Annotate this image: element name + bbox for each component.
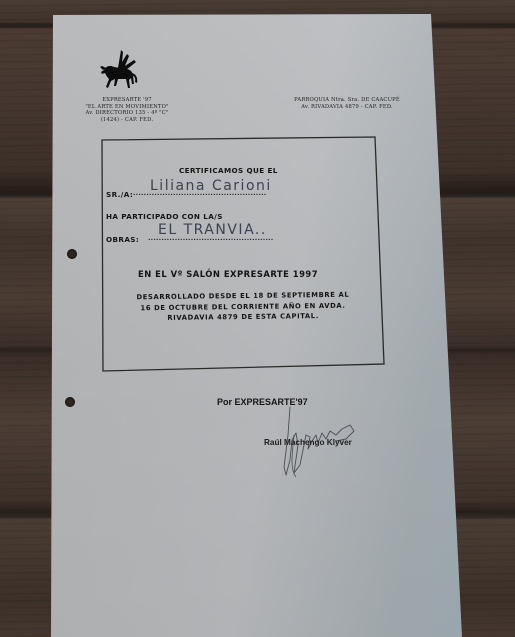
organization-address-block: EXPRESARTE '97 "EL ARTE EN MOVIMIENTO" A… bbox=[72, 97, 182, 123]
header-right-line-1: PARROQUIA Ntra. Sra. DE CAACUPÉ bbox=[282, 97, 412, 104]
signer-name: Raúl Machengo Klyver bbox=[264, 438, 352, 447]
pegasus-logo-icon bbox=[96, 48, 144, 92]
header-left-line-2: "EL ARTE EN MOVIMIENTO" bbox=[72, 104, 182, 111]
participation-label: HA PARTICIPADO CON LA/S bbox=[106, 212, 223, 221]
works-label: OBRAS: bbox=[106, 235, 139, 244]
venue-address-block: PARROQUIA Ntra. Sra. DE CAACUPÉ Av. RIVA… bbox=[282, 97, 412, 110]
header-right-line-2: Av. RIVADAVIA 4879 - CAP. FED. bbox=[282, 104, 412, 111]
issuer-line: Por EXPRESARTE'97 bbox=[217, 397, 308, 407]
recipient-label: SR./A: bbox=[106, 190, 133, 199]
event-title: EN EL Vº SALÓN EXPRESARTE 1997 bbox=[138, 269, 318, 279]
header-left-line-3: Av. DIRECTORIO 135 - 4º "C" bbox=[72, 110, 182, 117]
header-left-line-4: (1424) - CAP. FED. bbox=[72, 117, 182, 124]
punch-hole-bottom bbox=[65, 397, 75, 407]
works-handwritten: EL TRANVIA.. bbox=[158, 222, 267, 238]
header-left-line-1: EXPRESARTE '97 bbox=[72, 97, 182, 104]
punch-hole-top bbox=[67, 249, 77, 259]
event-description: DESARROLLADO DESDE EL 18 DE SEPTIEMBRE A… bbox=[107, 289, 379, 324]
recipient-name-handwritten: Liliana Carioni bbox=[150, 178, 272, 194]
certificate-title: CERTIFICAMOS QUE EL bbox=[179, 166, 278, 175]
